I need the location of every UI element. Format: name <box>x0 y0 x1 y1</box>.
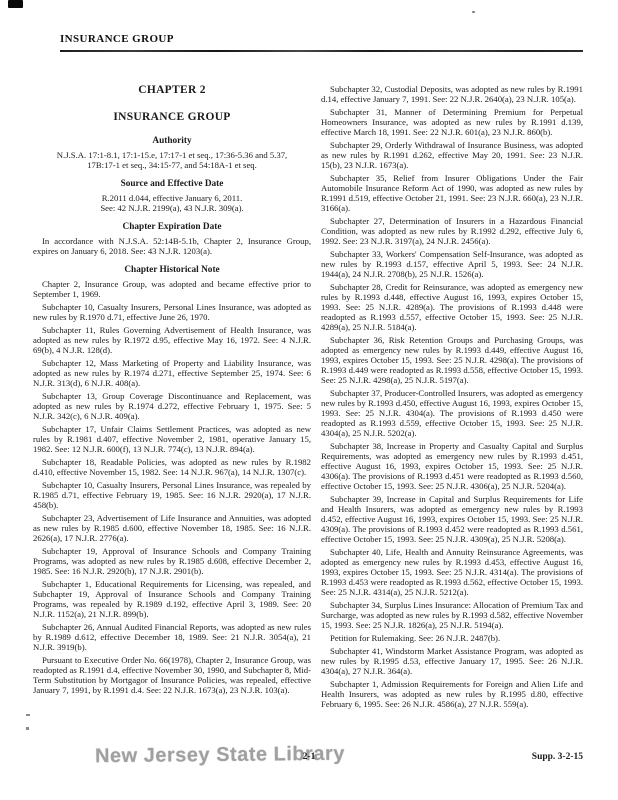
right-column: Subchapter 32, Custodial Deposits, was a… <box>321 84 583 712</box>
historical-paragraph: Subchapter 32, Custodial Deposits, was a… <box>321 84 583 104</box>
historical-paragraph: Subchapter 29, Orderly Withdrawal of Ins… <box>321 140 583 170</box>
historical-paragraph: Subchapter 12, Mass Marketing of Propert… <box>33 358 311 388</box>
historical-paragraph: Subchapter 1, Admission Requirements for… <box>321 679 583 709</box>
chapter-number-heading: CHAPTER 2 <box>33 84 311 96</box>
historical-paragraph: Subchapter 17, Unfair Claims Settlement … <box>33 424 311 454</box>
scan-ink-mark <box>8 0 23 8</box>
historical-paragraph: Subchapter 23, Advertisement of Life Ins… <box>33 513 311 543</box>
historical-paragraph: Subchapter 28, Credit for Reinsurance, w… <box>321 282 583 332</box>
source-heading: Source and Effective Date <box>33 179 311 189</box>
document-page: INSURANCE GROUP CHAPTER 2 INSURANCE GROU… <box>0 0 618 800</box>
historical-paragraph: Subchapter 10, Casualty Insurers, Person… <box>33 302 311 322</box>
historical-paragraph: Subchapter 13, Group Coverage Discontinu… <box>33 391 311 421</box>
historical-paragraph: Pursuant to Executive Order No. 66(1978)… <box>33 655 311 695</box>
chapter-title-heading: INSURANCE GROUP <box>33 111 311 123</box>
source-line: See: 42 N.J.R. 2199(a), 43 N.J.R. 309(a)… <box>33 203 311 213</box>
right-column-paragraphs: Subchapter 32, Custodial Deposits, was a… <box>321 84 583 709</box>
historical-paragraph: Subchapter 19, Approval of Insurance Sch… <box>33 546 311 576</box>
source-line: R.2011 d.044, effective January 6, 2011. <box>33 193 311 203</box>
historical-paragraph: Subchapter 10, Casualty Insurers, Person… <box>33 480 311 510</box>
historical-note-paragraphs: Chapter 2, Insurance Group, was adopted … <box>33 279 311 695</box>
margin-mark <box>26 714 30 716</box>
historical-paragraph: Subchapter 26, Annual Audited Financial … <box>33 622 311 652</box>
supplement-label: Supp. 3-2-15 <box>532 752 583 762</box>
historical-paragraph: Subchapter 33, Workers' Compensation Sel… <box>321 249 583 279</box>
historical-paragraph: Subchapter 18, Readable Policies, was ad… <box>33 457 311 477</box>
running-header-title: INSURANCE GROUP <box>60 33 174 45</box>
page-number: 2-1 <box>0 752 618 762</box>
source-text: R.2011 d.044, effective January 6, 2011.… <box>33 193 311 213</box>
authority-heading: Authority <box>33 136 311 146</box>
authority-line: N.J.S.A. 17:1-8.1, 17:1-15.e, 17:17-1 et… <box>33 150 311 160</box>
historical-paragraph: Chapter 2, Insurance Group, was adopted … <box>33 279 311 299</box>
historical-note-heading: Chapter Historical Note <box>33 265 311 275</box>
historical-paragraph: Subchapter 27, Determination of Insurers… <box>321 216 583 246</box>
historical-paragraph: Subchapter 31, Manner of Determining Pre… <box>321 107 583 137</box>
left-column: CHAPTER 2 INSURANCE GROUP Authority N.J.… <box>33 84 311 712</box>
historical-paragraph: Subchapter 1, Educational Requirements f… <box>33 579 311 619</box>
scan-dot-artifact <box>472 11 475 13</box>
historical-paragraph: Subchapter 38, Increase in Property and … <box>321 441 583 491</box>
expiration-heading: Chapter Expiration Date <box>33 222 311 232</box>
historical-paragraph: Subchapter 41, Windstorm Market Assistan… <box>321 646 583 676</box>
historical-paragraph: Subchapter 35, Relief from Insurer Oblig… <box>321 173 583 213</box>
historical-paragraph: Petition for Rulemaking. See: 26 N.J.R. … <box>321 633 583 643</box>
historical-paragraph: Subchapter 37, Producer-Controlled Insur… <box>321 388 583 438</box>
historical-paragraph: Subchapter 39, Increase in Capital and S… <box>321 494 583 544</box>
historical-paragraph: Subchapter 36, Risk Retention Groups and… <box>321 335 583 385</box>
authority-text: N.J.S.A. 17:1-8.1, 17:1-15.e, 17:17-1 et… <box>33 150 311 170</box>
historical-paragraph: Subchapter 34, Surplus Lines Insurance: … <box>321 600 583 630</box>
historical-paragraph: Subchapter 40, Life, Health and Annuity … <box>321 547 583 597</box>
authority-line: 17B:17-1 et seq., 34:15-77, and 54:18A-1… <box>33 160 311 170</box>
margin-mark <box>26 727 29 730</box>
header-rule <box>60 50 583 52</box>
two-column-body: CHAPTER 2 INSURANCE GROUP Authority N.J.… <box>33 84 583 712</box>
expiration-paragraph: In accordance with N.J.S.A. 52:14B-5.1b,… <box>33 236 311 256</box>
historical-paragraph: Subchapter 11, Rules Governing Advertise… <box>33 325 311 355</box>
